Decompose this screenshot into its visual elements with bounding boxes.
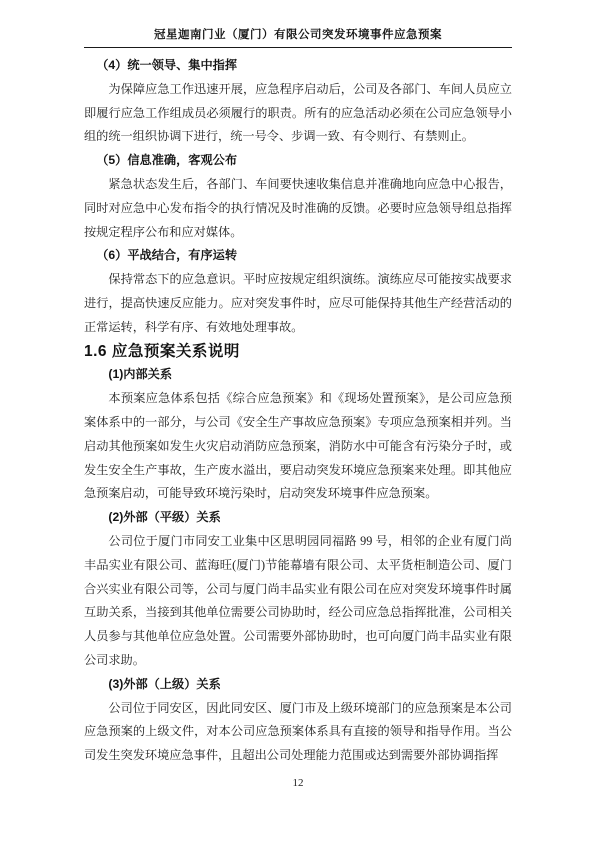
relation-1-heading: (1)内部关系 [84, 363, 512, 387]
document-body: （4）统一领导、集中指挥 为保障应急工作迅速开展，应急程序启动后，公司及各部门、… [84, 54, 512, 768]
relation-3-paragraph: 公司位于同安区，因此同安区、厦门市及上级环境部门的应急预案是本公司应急预案的上级… [84, 697, 512, 768]
section-1-6-heading: 1.6 应急预案关系说明 [84, 340, 512, 364]
principle-6-paragraph: 保持常态下的应急意识。平时应按规定组织演练。演练应尽可能按实战要求进行，提高快速… [84, 268, 512, 339]
relation-1-paragraph: 本预案应急体系包括《综合应急预案》和《现场处置预案》，是公司应急预案体系中的一部… [84, 387, 512, 506]
document-page: 冠星迦南门业（厦门）有限公司突发环境事件应急预案 （4）统一领导、集中指挥 为保… [0, 0, 596, 843]
relation-2-heading: (2)外部（平级）关系 [84, 506, 512, 530]
relation-2-paragraph: 公司位于厦门市同安工业集中区思明园同福路 99 号，相邻的企业有厦门尚丰品实业有… [84, 530, 512, 673]
principle-6-heading: （6）平战结合，有序运转 [84, 244, 512, 268]
principle-4-heading: （4）统一领导、集中指挥 [84, 54, 512, 78]
principle-4-paragraph: 为保障应急工作迅速开展，应急程序启动后，公司及各部门、车间人员应立即履行应急工作… [84, 78, 512, 149]
relation-3-heading: (3)外部（上级）关系 [84, 673, 512, 697]
principle-5-paragraph: 紧急状态发生后，各部门、车间要快速收集信息并准确地向应急中心报告，同时对应急中心… [84, 173, 512, 244]
page-number: 12 [0, 777, 596, 789]
principle-5-heading: （5）信息准确，客观公布 [84, 149, 512, 173]
page-header-title: 冠星迦南门业（厦门）有限公司突发环境事件应急预案 [84, 26, 512, 48]
